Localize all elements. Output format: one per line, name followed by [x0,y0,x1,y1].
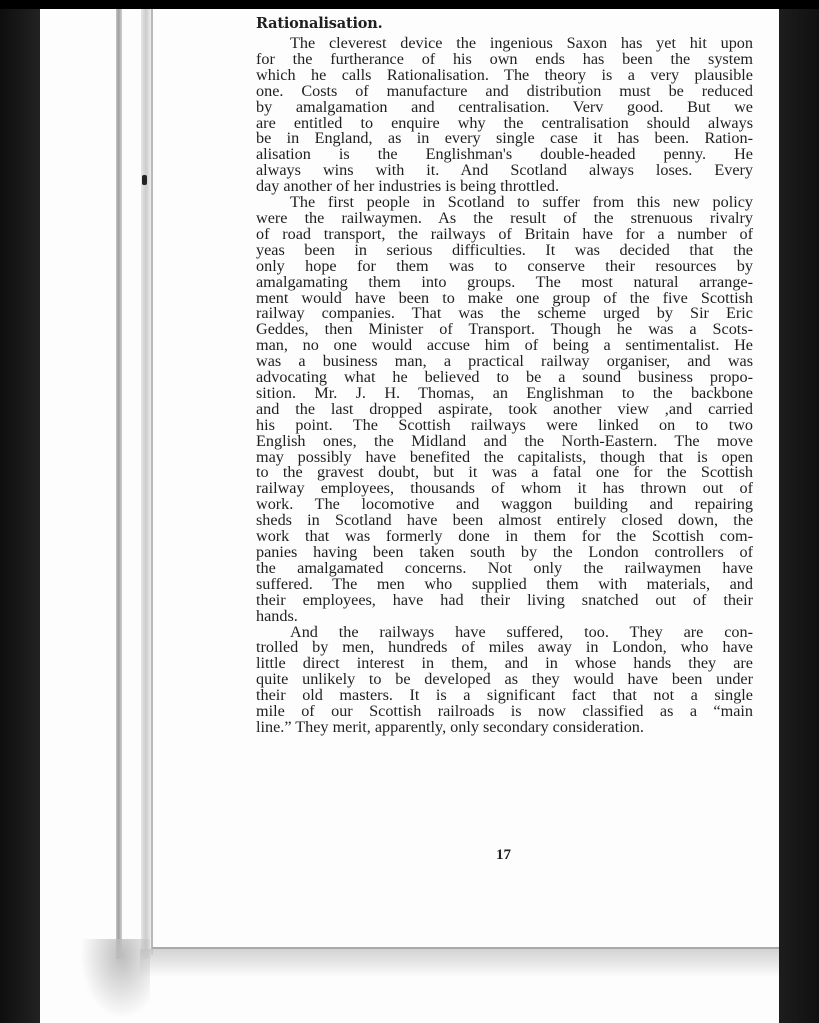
page-inner-edge [151,9,153,955]
paragraphs: The cleverest device the ingenious Saxon… [256,36,753,736]
scanned-page: Rationalisation. The cleverest device th… [40,9,779,1023]
text-line: line.” They merit, apparently, only seco… [256,720,753,736]
page-bottom-shadow [140,949,779,977]
binding-shadow [116,9,122,959]
scan-smudge [80,939,150,1019]
paragraph: The cleverest device the ingenious Saxon… [256,36,753,195]
paragraph: And the railways have suffered, too. The… [256,625,753,736]
article-body: Rationalisation. The cleverest device th… [256,14,753,736]
viewer-right-margin [779,9,819,1023]
binding-shadow-inner [141,9,151,959]
text-line: their employees, have had their living s… [256,593,753,609]
viewer-left-margin [0,9,40,1023]
section-heading: Rationalisation. [256,14,753,34]
viewer-top-bar [0,0,819,9]
paragraph: The first people in Scotland to suffer f… [256,195,753,624]
page-number: 17 [496,847,511,864]
scan-speck [142,175,147,185]
